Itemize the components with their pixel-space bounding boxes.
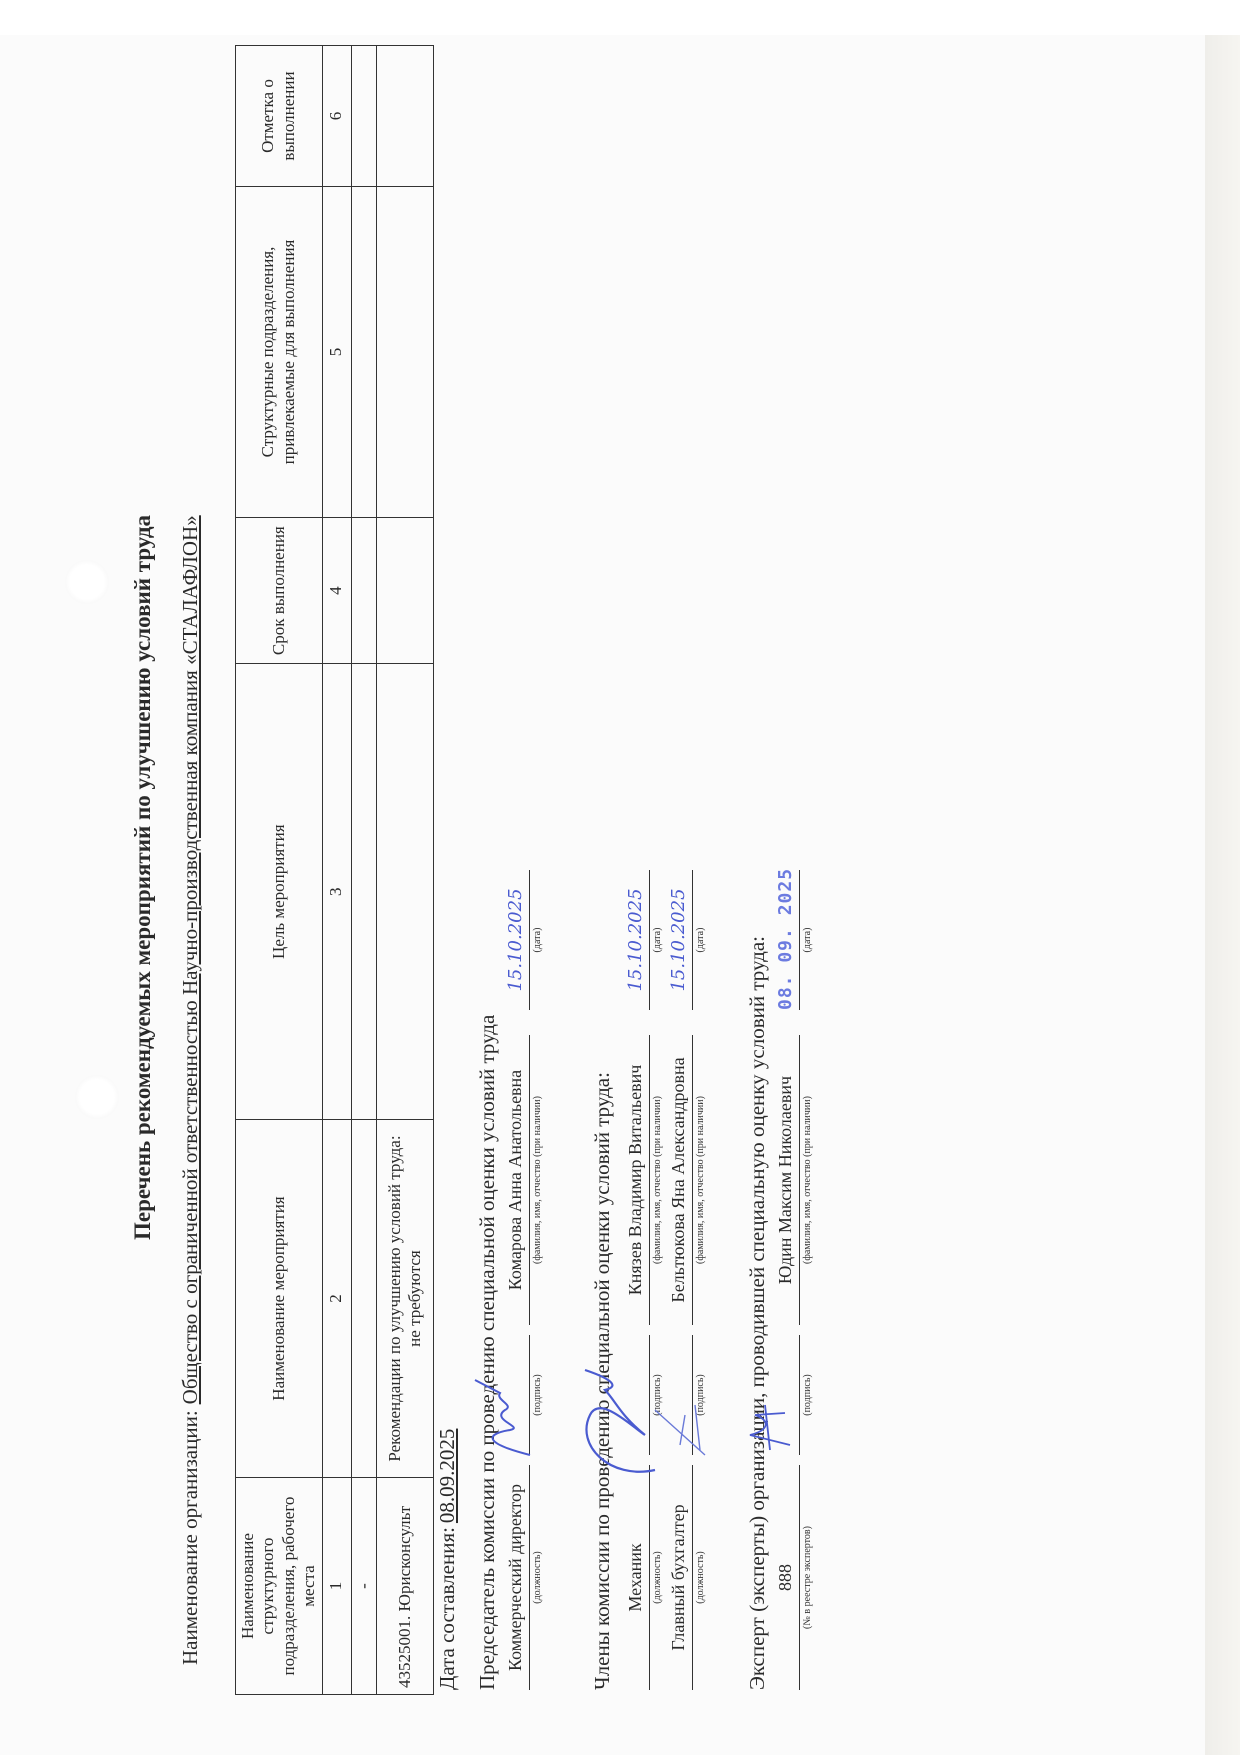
table-cell [351, 517, 376, 663]
document-page: Перечень рекомендуемых мероприятий по ул… [0, 0, 1240, 1755]
col-header-measure: Наименование мероприятия [236, 1120, 323, 1478]
chairman-signature-field: (подпись) [505, 1335, 543, 1455]
expert-heading: Эксперт (эксперты) организации, проводив… [745, 936, 770, 1690]
expert-registry-number: 888 [775, 1465, 800, 1690]
col-header-completion: Отметка о выполнении [236, 46, 323, 187]
caption-registry: (№ в реестре экспертов) [802, 1465, 813, 1690]
table-number-row: 1 2 3 4 5 6 [322, 46, 351, 1695]
col-number: 6 [322, 46, 351, 187]
organization-name: Общество с ограниченной ответственностью… [178, 515, 202, 1404]
member-name: Князев Владимир Витальевич [625, 1035, 650, 1325]
chairman-date-field: 15.10.2025 (дата) [505, 870, 543, 1010]
expert-signature-row: 888 (№ в реестре экспертов) (подпись) Юд… [775, 490, 819, 1690]
organization-label: Наименование организации: [178, 1410, 202, 1665]
col-number: 4 [322, 517, 351, 663]
members-heading: Члены комиссии по проведению специальной… [590, 1072, 615, 1690]
compiled-date-line: Дата составления:08.09.2025 [435, 1429, 460, 1690]
table-cell-deadline [376, 517, 433, 663]
organization-line: Наименование организации:Общество с огра… [178, 515, 203, 1665]
caption-date: (дата) [532, 870, 543, 1010]
chairman-heading: Председатель комиссии по проведению спец… [475, 1015, 500, 1690]
table-cell-departments [376, 187, 433, 518]
document-title: Перечень рекомендуемых мероприятий по ул… [130, 0, 156, 1755]
chairman-name-field: Комарова Анна Анатольевна (фамилия, имя,… [505, 1035, 543, 1325]
chairman-date: 15.10.2025 [505, 870, 530, 1010]
member-date: 15.10.2025 [625, 870, 650, 1010]
member-date: 15.10.2025 [668, 870, 693, 1010]
chairman-name: Комарова Анна Анатольевна [505, 1035, 530, 1325]
table-cell-workplace: 43525001. Юрисконсульт [376, 1478, 433, 1695]
col-header-departments: Структурные подразделения, привлекаемые … [236, 187, 323, 518]
table-header-row: Наименование структурного подразделения,… [236, 46, 323, 1695]
table-cell-goal [376, 664, 433, 1120]
expert-name: Юдин Максим Николаевич [775, 1035, 800, 1325]
caption-position: (должность) [532, 1465, 543, 1690]
table-cell-completion [376, 46, 433, 187]
member-name: Бельтюкова Яна Александровна [668, 1035, 693, 1325]
chairman-position: Коммерческий директор [505, 1465, 530, 1690]
col-number: 1 [322, 1478, 351, 1695]
chairman-position-field: Коммерческий директор (должность) [505, 1465, 543, 1690]
col-header-deadline: Срок выполнения [236, 517, 323, 663]
table-cell [351, 46, 376, 187]
table-row: - [351, 46, 376, 1695]
member-position: Главный бухгалтер [668, 1465, 693, 1690]
member-position: Механик [625, 1465, 650, 1690]
col-header-workplace: Наименование структурного подразделения,… [236, 1478, 323, 1695]
chairman-signature-row: Коммерческий директор (должность) (подпи… [505, 490, 549, 1690]
table-cell: - [351, 1478, 376, 1695]
col-number: 5 [322, 187, 351, 518]
table-cell [351, 187, 376, 518]
col-number: 2 [322, 1120, 351, 1478]
caption-fio: (фамилия, имя, отчество (при наличии) [532, 1035, 543, 1325]
table-cell-measure: Рекомендации по улучшению условий труда:… [376, 1120, 433, 1478]
compiled-date-value: 08.09.2025 [435, 1429, 459, 1524]
expert-date-stamp: 08. 09. 2025 [775, 870, 800, 1010]
compiled-date-label: Дата составления: [435, 1527, 459, 1690]
member-signature-row: Главный бухгалтер (должность) (подпись) … [668, 490, 712, 1690]
measures-table: Наименование структурного подразделения,… [235, 45, 434, 1695]
col-header-goal: Цель мероприятия [236, 664, 323, 1120]
table-cell [351, 1120, 376, 1478]
col-number: 3 [322, 664, 351, 1120]
caption-signature: (подпись) [532, 1335, 543, 1455]
table-cell [351, 664, 376, 1120]
table-row: 43525001. Юрисконсульт Рекомендации по у… [376, 46, 433, 1695]
member-signature-row: Механик (должность) (подпись) Князев Вла… [625, 490, 669, 1690]
